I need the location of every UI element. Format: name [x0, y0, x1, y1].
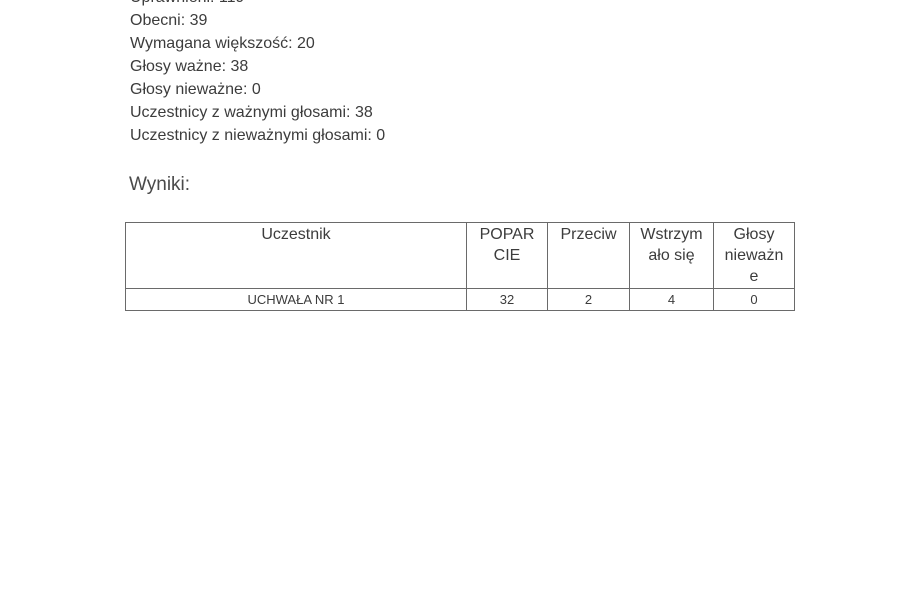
stat-participants-valid: Uczestnicy z ważnymi głosami: 38 — [130, 101, 385, 124]
cell-invalid: 0 — [714, 289, 795, 311]
header-support: POPARCIE — [467, 223, 548, 289]
stat-required-majority: Wymagana większość: 20 — [130, 32, 385, 55]
results-heading: Wyniki: — [129, 174, 190, 196]
cell-support: 32 — [467, 289, 548, 311]
stat-valid-votes: Głosy ważne: 38 — [130, 55, 385, 78]
stat-present: Obecni: 39 — [130, 9, 385, 32]
results-table: Uczestnik POPARCIE Przeciw Wstrzymało si… — [125, 222, 795, 311]
header-participant: Uczestnik — [126, 223, 467, 289]
stat-invalid-votes: Głosy nieważne: 0 — [130, 78, 385, 101]
header-abstained: Wstrzymało się — [630, 223, 714, 289]
cell-participant: UCHWAŁA NR 1 — [126, 289, 467, 311]
cell-against: 2 — [548, 289, 630, 311]
cell-abstained: 4 — [630, 289, 714, 311]
header-invalid: Głosynieważne — [714, 223, 795, 289]
table-row: UCHWAŁA NR 132240 — [126, 289, 795, 311]
table-header-row: Uczestnik POPARCIE Przeciw Wstrzymało si… — [126, 223, 795, 289]
stat-participants-invalid: Uczestnicy z nieważnymi głosami: 0 — [130, 124, 385, 147]
vote-statistics: Uprawnieni: 119 Obecni: 39 Wymagana więk… — [130, 0, 385, 147]
header-against: Przeciw — [548, 223, 630, 289]
stat-eligible: Uprawnieni: 119 — [130, 0, 385, 9]
